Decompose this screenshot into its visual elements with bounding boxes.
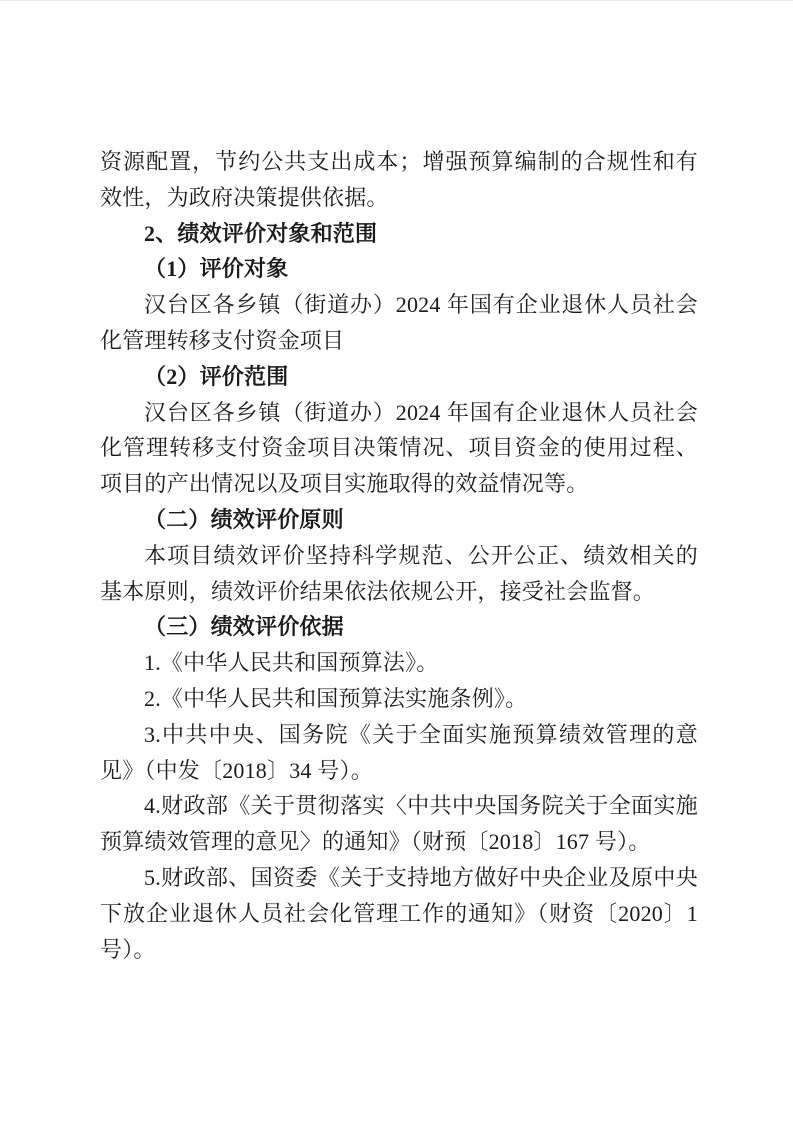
- paragraph: 1.《中华人民共和国预算法》。: [100, 645, 698, 681]
- paragraph: 5.财政部、国资委《关于支持地方做好中央企业及原中央下放企业退休人员社会化管理工…: [100, 860, 698, 967]
- page: 资源配置，节约公共支出成本；增强预算编制的合规性和有效性，为政府决策提供依据。2…: [0, 0, 793, 1122]
- document-page: { "page": { "background_color": "#ffffff…: [0, 0, 793, 1122]
- paragraph: 本项目绩效评价坚持科学规范、公开公正、绩效相关的基本原则，绩效评价结果依法依规公…: [100, 538, 698, 610]
- paragraph: 2.《中华人民共和国预算法实施条例》。: [100, 681, 698, 717]
- section-heading: （二）绩效评价原则: [100, 502, 698, 538]
- section-heading: （2）评价范围: [100, 359, 698, 395]
- document-content: 资源配置，节约公共支出成本；增强预算编制的合规性和有效性，为政府决策提供依据。2…: [100, 144, 698, 967]
- paragraph: 资源配置，节约公共支出成本；增强预算编制的合规性和有效性，为政府决策提供依据。: [100, 144, 698, 216]
- section-heading: （1）评价对象: [100, 251, 698, 287]
- paragraph: 4.财政部《关于贯彻落实〈中共中央国务院关于全面实施预算绩效管理的意见〉的通知》…: [100, 788, 698, 860]
- paragraph: 汉台区各乡镇（街道办）2024 年国有企业退休人员社会化管理转移支付资金项目决策…: [100, 395, 698, 502]
- section-heading: 2、绩效评价对象和范围: [100, 216, 698, 252]
- section-heading: （三）绩效评价依据: [100, 609, 698, 645]
- paragraph: 3.中共中央、国务院《关于全面实施预算绩效管理的意见》（中发〔2018〕34 号…: [100, 717, 698, 789]
- paragraph: 汉台区各乡镇（街道办）2024 年国有企业退休人员社会化管理转移支付资金项目: [100, 287, 698, 359]
